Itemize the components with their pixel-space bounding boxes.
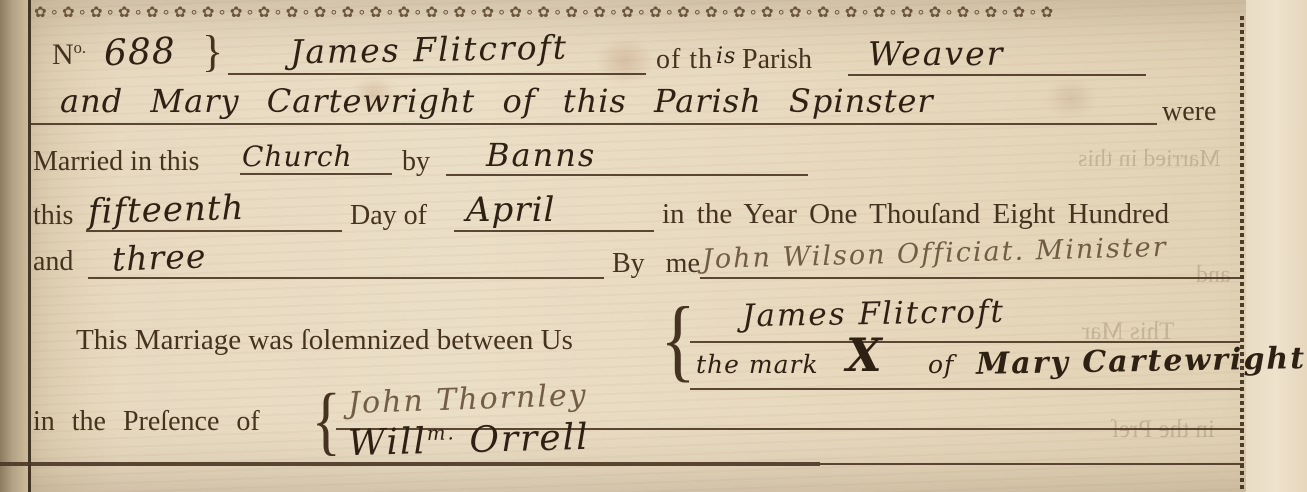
bride-signature: Mary Cartewright — [976, 341, 1307, 382]
bride-mark-of: of — [928, 350, 954, 379]
facing-page-edge — [1246, 0, 1307, 492]
couple-brace: { — [660, 286, 695, 392]
ink-stain — [1046, 78, 1096, 118]
handwritten-year: three — [111, 236, 207, 278]
groom-occupation: Weaver — [868, 34, 1004, 73]
rule-year — [88, 277, 604, 279]
printed-parish: Parish — [742, 44, 812, 76]
handwritten-month: April — [466, 190, 555, 230]
printed-year-text: in the Year One Thouſand Eight Hundred — [662, 198, 1169, 231]
groom-name: James Flitcroft — [290, 28, 569, 72]
printed-by-me: By me — [612, 248, 700, 280]
rule-occupation — [848, 74, 1146, 76]
rule-minister — [700, 277, 1244, 279]
witness2-last: Orrell — [469, 417, 590, 461]
printed-of-th: of th — [656, 44, 713, 76]
bleedthrough-married-in: Married in this — [1078, 146, 1221, 173]
witness-brace: { — [312, 378, 341, 465]
entry-number: 688 — [103, 31, 176, 74]
page-gutter — [0, 0, 28, 492]
ornamental-top-border: ✿∘✿∘✿∘✿∘✿∘✿∘✿∘✿∘✿∘✿∘✿∘✿∘✿∘✿∘✿∘✿∘✿∘✿∘✿∘✿∘… — [34, 2, 1242, 22]
rule-church — [240, 173, 392, 175]
marriage-register-page: ✿∘✿∘✿∘✿∘✿∘✿∘✿∘✿∘✿∘✿∘✿∘✿∘✿∘✿∘✿∘✿∘✿∘✿∘✿∘✿∘… — [0, 0, 1307, 492]
left-border-line — [28, 0, 31, 492]
bleedthrough-presence: in the Preſ — [1112, 416, 1215, 444]
bleedthrough-and: and — [1196, 262, 1231, 289]
handwritten-day: fifteenth — [88, 188, 245, 232]
handwritten-banns: Banns — [486, 136, 596, 174]
witness2-sup: m. — [426, 421, 456, 445]
rule-line2 — [31, 123, 1157, 125]
rule-day — [86, 230, 342, 232]
minister-signature: John Wilson Officiat. Minister — [702, 232, 1168, 275]
bride-line-handwritten: and Mary Cartewright of this Parish Spin… — [60, 82, 934, 120]
rule-month — [454, 230, 654, 232]
number-label-sup: o. — [74, 38, 86, 57]
printed-this: this — [33, 200, 73, 232]
handwritten-is: is — [716, 44, 736, 69]
printed-were: were — [1162, 96, 1216, 128]
rule-bride-signature — [690, 388, 1242, 390]
rule-groom-name — [228, 73, 646, 75]
bride-mark-prefix: the mark — [696, 350, 819, 379]
bottom-rule-thin — [820, 463, 1244, 465]
printed-married-in-this: Married in this — [33, 146, 199, 178]
ink-stain — [596, 38, 654, 84]
printed-and: and — [33, 246, 73, 278]
number-label-n: N — [52, 38, 74, 71]
rule-groom-signature — [690, 341, 1240, 343]
witness1-signature: John Thornley — [347, 378, 588, 421]
handwritten-church: Church — [242, 140, 353, 173]
printed-by: by — [402, 146, 430, 178]
rule-banns — [446, 174, 808, 176]
printed-solemnized: This Marriage was ſolemnized between Us — [76, 324, 573, 357]
witness2-signature: Willm. Orrell — [348, 417, 591, 464]
number-brace: } — [202, 26, 223, 77]
bride-mark-x: X — [846, 328, 883, 382]
right-dotted-border — [1240, 16, 1244, 492]
printed-day-of: Day of — [350, 200, 427, 232]
number-label: No. — [52, 38, 86, 72]
printed-presence: in the Preſence of — [33, 406, 260, 438]
witness2-first: Will — [348, 421, 428, 464]
bottom-rule-thick — [0, 462, 820, 466]
